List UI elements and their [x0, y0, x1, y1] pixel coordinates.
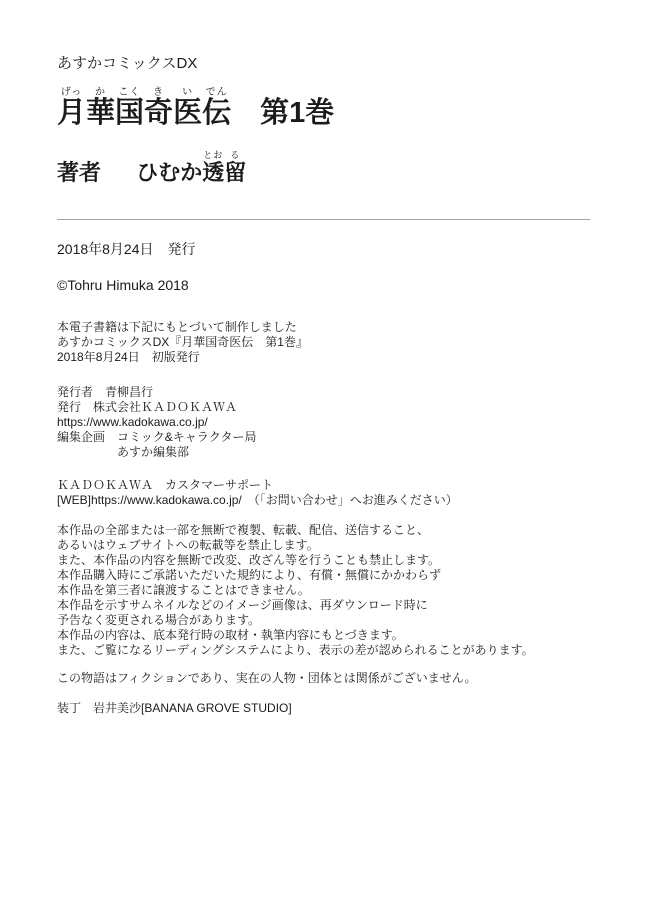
customer-support-info: ＫＡＤＯＫＡＷＡ カスタマーサポート[WEB]https://www.kadok… [57, 478, 590, 508]
author-line: 著者ひむか透とお留る [57, 150, 590, 186]
legal-notice: 本作品の全部または一部を無断で複製、転載、配信、送信すること、あるいはウェブサイ… [57, 523, 590, 658]
fiction-disclaimer: この物語はフィクションであり、実在の人物・団体とは関係がございません。 [57, 671, 590, 686]
imprint-label: あすかコミックスDX [57, 55, 590, 73]
publish-date: 2018年8月24日 発行 [57, 241, 590, 258]
source-note: 本電子書籍は下記にもとづいて制作しましたあすかコミックスDX『月華国奇医伝 第1… [57, 320, 590, 365]
design-credit: 装丁 岩井美沙[BANANA GROVE STUDIO] [57, 701, 590, 716]
book-title: 月げっ華か国こく奇き医い伝でん第1巻 [57, 87, 590, 130]
author-name: ひむか透とお留る [136, 160, 246, 185]
author-name-ruby: 透とお留る [202, 160, 246, 185]
author-label: 著者 [57, 160, 101, 185]
book-title-ruby: 月げっ華か国こく奇き医い伝でん [57, 97, 231, 129]
copyright-notice: ©Tohru Himuka 2018 [57, 277, 590, 294]
book-title-volume: 第1巻 [260, 97, 334, 129]
colophon-page: あすかコミックスDX 月げっ華か国こく奇き医い伝でん第1巻 著者ひむか透とお留る… [0, 0, 650, 924]
publisher-info: 発行者 青柳昌行発行 株式会社ＫＡＤＯＫＡＷＡhttps://www.kadok… [57, 385, 590, 460]
author-name-plain: ひむか [136, 160, 202, 185]
section-divider [57, 219, 590, 220]
